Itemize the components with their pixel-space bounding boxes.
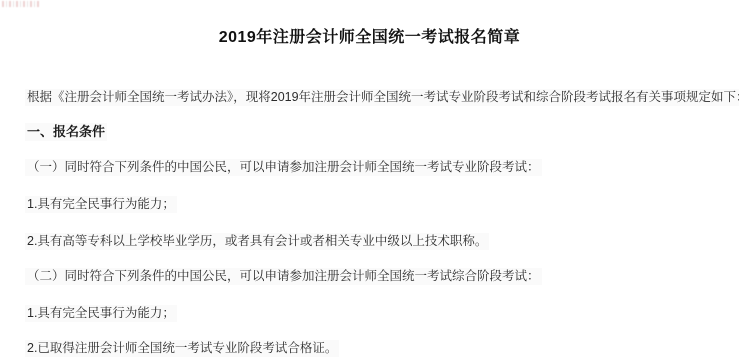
page-title: 2019年注册会计师全国统一考试报名简章 (0, 28, 739, 49)
clause-1-lead: （一）同时符合下列条件的中国公民，可以申请参加注册会计师全国统一考试专业阶段考试… (25, 159, 542, 176)
clause-1-condition-1: 1.具有完全民事行为能力； (25, 196, 177, 213)
intro-paragraph: 根据《注册会计师全国统一考试办法》，现将2019年注册会计师全国统一考试专业阶段… (25, 89, 739, 106)
clause-2-lead: （二）同时符合下列条件的中国公民，可以申请参加注册会计师全国统一考试综合阶段考试… (25, 268, 542, 285)
corner-watermark-smudge (2, 1, 40, 7)
clause-1-condition-2: 2.具有高等专科以上学校毕业学历，或者具有会计或者相关专业中级以上技术职称。 (25, 233, 489, 250)
document-page: 2019年注册会计师全国统一考试报名简章 根据《注册会计师全国统一考试办法》，现… (0, 0, 739, 364)
clause-2-condition-1: 1.具有完全民事行为能力； (25, 305, 177, 322)
clause-2-condition-2: 2.已取得注册会计师全国统一考试专业阶段考试合格证。 (25, 340, 339, 357)
section-heading-registration-conditions: 一、报名条件 (25, 123, 107, 141)
